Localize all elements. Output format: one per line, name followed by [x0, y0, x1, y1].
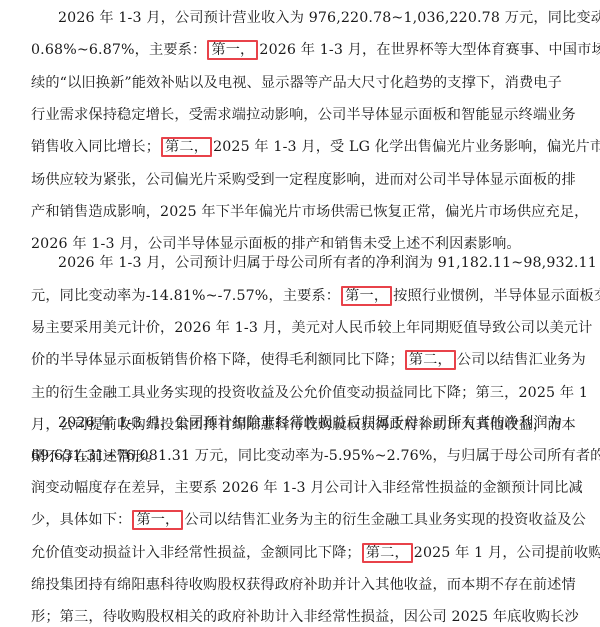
text-run: 0.68%~6.87%，主要系： [31, 42, 206, 58]
text-run: 2025 年 1-3 月，受 LG 化学出售偏光片业务影响，偏光片市 [213, 139, 600, 155]
paragraph-2-line: 2026 年 1-3 月，公司预计归属于母公司所有者的净利润为 91,182.1… [58, 251, 571, 275]
highlight-box: 第一， [341, 286, 392, 306]
text-run: 销售收入同比增长； [31, 139, 160, 155]
text-run: 2025 年 1 月，公司提前收购 [414, 545, 600, 561]
text-run: 公司以结售汇业务为 [457, 352, 586, 368]
text-run: 绵投集团持有绵阳惠科待收购股权获得政府补助并计入其他收益，而本期不存在前述情 [31, 577, 576, 593]
paragraph-2-line: 元，同比变动率为-14.81%~-7.57%，主要系：第一，按照行业惯例，半导体… [31, 284, 571, 308]
text-run: 润变动幅度存在差异，主要系 2026 年 1-3 月公司计入非经常性损益的金额预… [31, 480, 583, 496]
paragraph-1-line: 产和销售造成影响，2025 年下半年偏光片市场供需已恢复正常，偏光片市场供应充足… [31, 200, 571, 224]
paragraph-3-line: 少，具体如下：第一，公司以结售汇业务为主的衍生金融工具业务实现的投资收益及公 [31, 508, 571, 532]
paragraph-1-line: 2026 年 1-3 月，公司预计营业收入为 976,220.78~1,036,… [58, 6, 571, 30]
text-run: 少，具体如下： [31, 512, 131, 528]
text-run: 元，同比变动率为-14.81%~-7.57%，主要系： [31, 288, 340, 304]
text-run: 价的半导体显示面板销售价格下降，使得毛利额同比下降； [31, 352, 404, 368]
text-run: 允价值变动损益计入非经常性损益，金额同比下降； [31, 545, 361, 561]
highlight-box: 第一， [207, 40, 258, 60]
text-run: 易主要采用美元计价，2026 年 1-3 月，美元对人民币较上年同期贬值导致公司… [31, 320, 592, 336]
paragraph-1-line: 销售收入同比增长；第二，2025 年 1-3 月，受 LG 化学出售偏光片业务影… [31, 135, 571, 159]
highlight-box: 第二， [161, 137, 212, 157]
paragraph-3-line: 形；第三，待收购股权相关的政府补助计入非经常性损益，因公司 2025 年底收购长… [31, 605, 571, 627]
highlight-box: 第二， [405, 350, 456, 370]
highlight-box: 第二， [362, 543, 413, 563]
highlight-box: 第一， [132, 510, 183, 530]
text-run: 69,631.31~76,081.31 万元，同比变动率为-5.95%~2.76… [31, 448, 600, 464]
text-run: 2026 年 1-3 月，公司半导体显示面板的排产和销售未受上述不利因素影响。 [31, 236, 521, 252]
paragraph-1-line: 行业需求保持稳定增长，受需求端拉动影响，公司半导体显示面板和智能显示终端业务 [31, 103, 571, 127]
text-run: 2026 年 1-3 月，公司预计归属于母公司所有者的净利润为 91,182.1… [58, 255, 600, 271]
text-run: 公司以结售汇业务为主的衍生金融工具业务实现的投资收益及公 [184, 512, 585, 528]
paragraph-1-line: 0.68%~6.87%，主要系：第一，2026 年 1-3 月，在世界杯等大型体… [31, 38, 571, 62]
text-run: 主的衍生金融工具业务实现的投资收益及公允价值变动损益同比下降；第三，2025 年… [31, 385, 588, 401]
text-run: 形；第三，待收购股权相关的政府补助计入非经常性损益，因公司 2025 年底收购长… [31, 609, 579, 625]
paragraph-1-line: 场供应较为紧张，公司偏光片采购受到一定程度影响，进而对公司半导体显示面板的排 [31, 168, 571, 192]
paragraph-3-line: 允价值变动损益计入非经常性损益，金额同比下降；第二，2025 年 1 月，公司提… [31, 541, 571, 565]
paragraph-3-line: 润变动幅度存在差异，主要系 2026 年 1-3 月公司计入非经常性损益的金额预… [31, 476, 571, 500]
text-run: 按照行业惯例，半导体显示面板交 [393, 288, 600, 304]
text-run: 产和销售造成影响，2025 年下半年偏光片市场供需已恢复正常，偏光片市场供应充足… [31, 204, 589, 220]
text-run: 2026 年 1-3 月，公司预计扣除非经常性损益后归属于母公司所有者的净利润为 [58, 415, 562, 431]
text-run: 2026 年 1-3 月，公司预计营业收入为 976,220.78~1,036,… [58, 10, 600, 26]
paragraph-2-line: 易主要采用美元计价，2026 年 1-3 月，美元对人民币较上年同期贬值导致公司… [31, 316, 571, 340]
text-run: 场供应较为紧张，公司偏光片采购受到一定程度影响，进而对公司半导体显示面板的排 [31, 172, 576, 188]
paragraph-3-line: 2026 年 1-3 月，公司预计扣除非经常性损益后归属于母公司所有者的净利润为 [58, 411, 571, 435]
text-run: 行业需求保持稳定增长，受需求端拉动影响，公司半导体显示面板和智能显示终端业务 [31, 107, 576, 123]
paragraph-2-line: 价的半导体显示面板销售价格下降，使得毛利额同比下降；第二，公司以结售汇业务为 [31, 348, 571, 372]
paragraph-2-line: 主的衍生金融工具业务实现的投资收益及公允价值变动损益同比下降；第三，2025 年… [31, 381, 571, 405]
paragraph-1-line: 续的“以旧换新”能效补贴以及电视、显示器等产品大尺寸化趋势的支撑下，消费电子 [31, 71, 571, 95]
text-run: 2026 年 1-3 月，在世界杯等大型体育赛事、中国市场持 [259, 42, 600, 58]
paragraph-3-line: 绵投集团持有绵阳惠科待收购股权获得政府补助并计入其他收益，而本期不存在前述情 [31, 573, 571, 597]
paragraph-3-line: 69,631.31~76,081.31 万元，同比变动率为-5.95%~2.76… [31, 444, 571, 468]
text-run: 续的“以旧换新”能效补贴以及电视、显示器等产品大尺寸化趋势的支撑下，消费电子 [31, 75, 562, 91]
